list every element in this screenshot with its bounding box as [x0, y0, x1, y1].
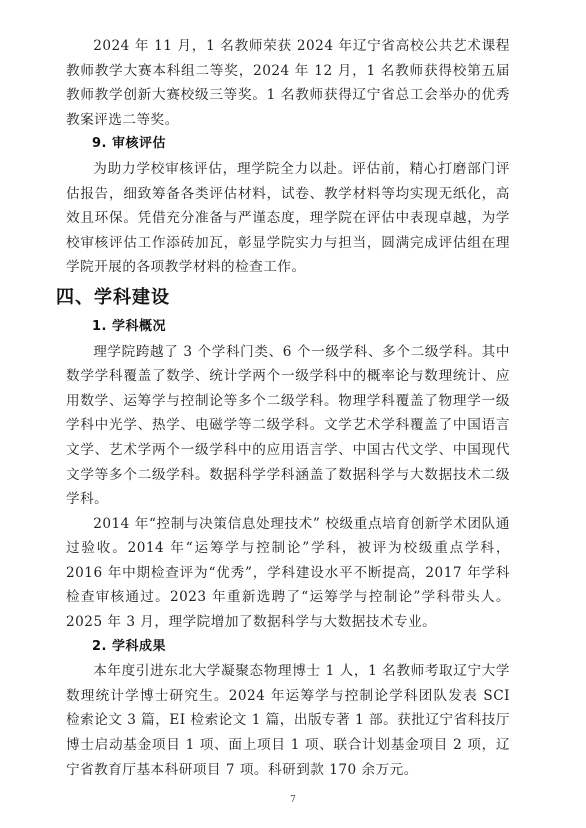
chapter-4-heading: 四、学科建设 [56, 283, 510, 313]
subject-overview-body-2: 2014 年“控制与决策信息处理技术” 校级重点培育创新学术团队通过验收。201… [66, 512, 510, 635]
subject-overview-heading: 1. 学科概况 [66, 315, 510, 340]
subject-achievements-heading: 2. 学科成果 [66, 635, 510, 660]
awards-paragraph: 2024 年 11 月，1 名教师荣获 2024 年辽宁省高校公共艺术课程教师教… [66, 34, 510, 132]
subject-achievements-body: 本年度引进东北大学凝聚态物理博士 1 人，1 名教师考取辽宁大学数理统计学博士研… [66, 659, 510, 782]
page-number: 7 [0, 795, 586, 805]
section-9-body: 为助力学校审核评估，理学院全力以赴。评估前，精心打磨部门评估报告，细致筹备各类评… [66, 157, 510, 280]
subject-overview-body-1: 理学院跨越了 3 个学科门类、6 个一级学科、多个二级学科。其中数学学科覆盖了数… [66, 340, 510, 512]
document-page: 2024 年 11 月，1 名教师荣获 2024 年辽宁省高校公共艺术课程教师教… [66, 34, 510, 782]
section-9-heading: 9. 审核评估 [66, 132, 510, 157]
